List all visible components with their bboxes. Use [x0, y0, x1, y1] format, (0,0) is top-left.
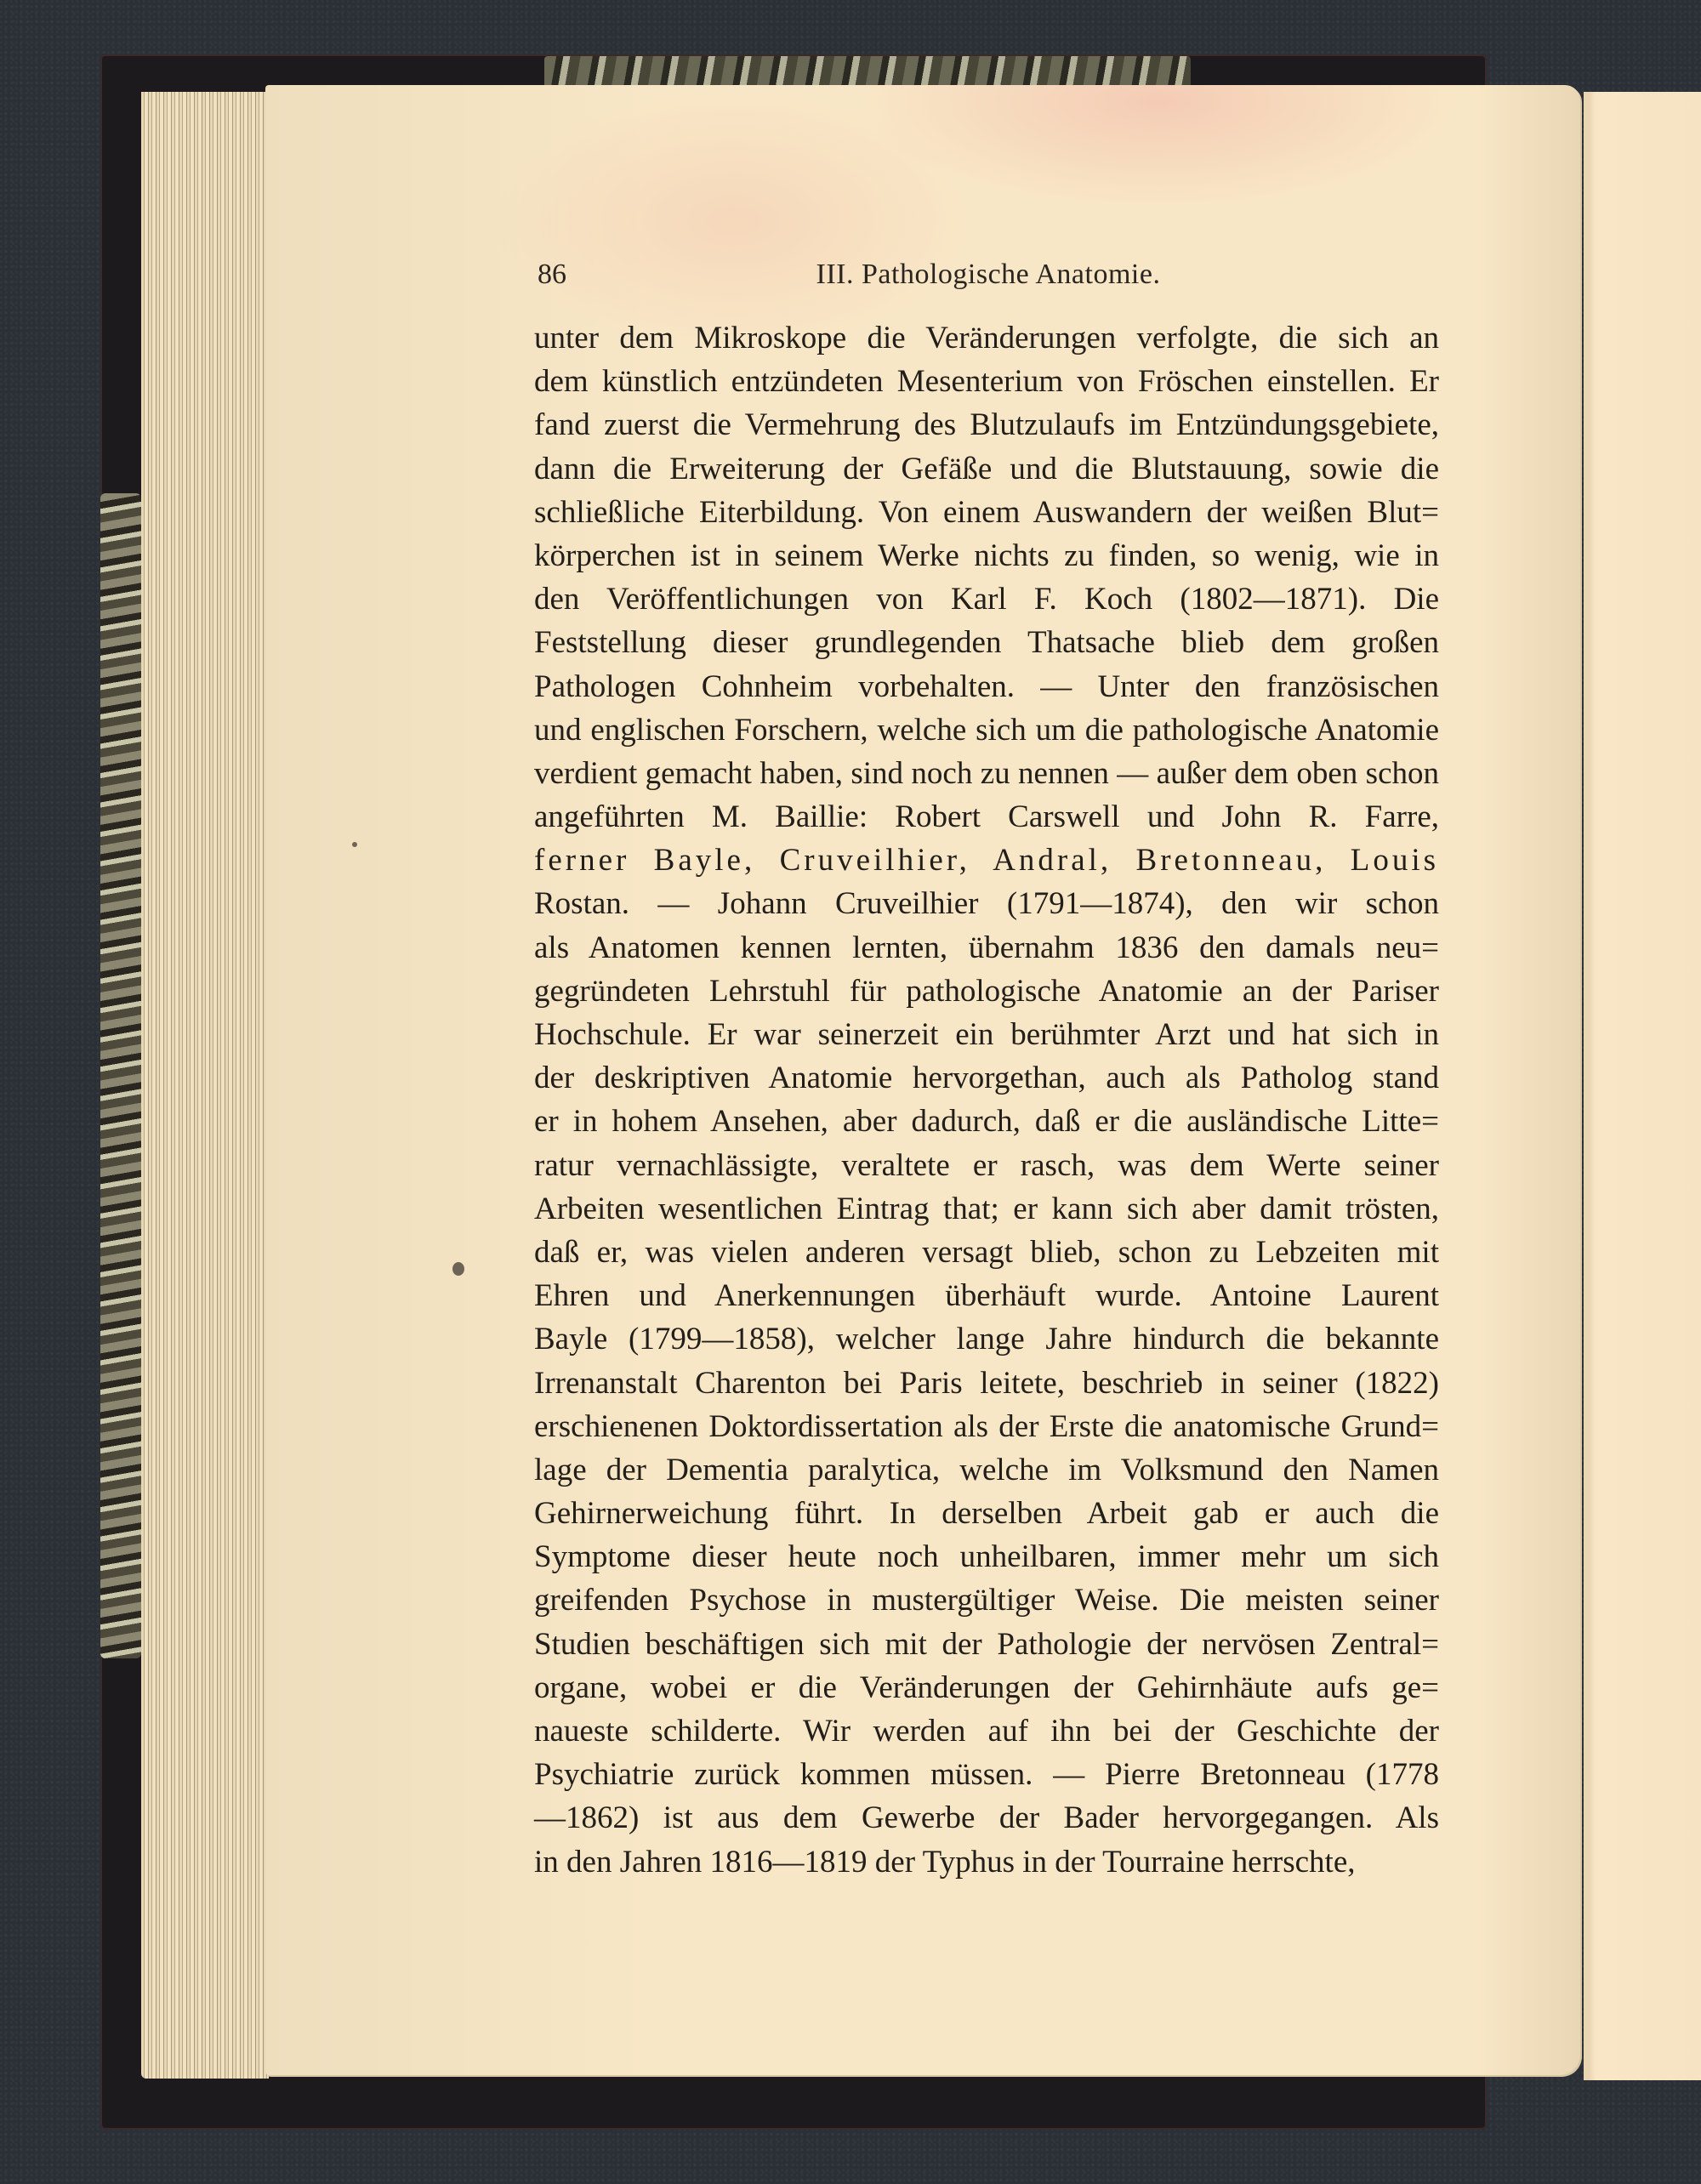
- text-line: dann die Erweiterung der Gefäße und die …: [534, 447, 1439, 491]
- chapter-title: III. Pathologische Anatomie.: [538, 259, 1439, 291]
- text-line: —1862) ist aus dem Gewerbe der Bader her…: [534, 1796, 1439, 1840]
- text-line: gegründeten Lehrstuhl für pathologische …: [534, 970, 1439, 1013]
- text-line: fand zuerst die Vermehrung des Blutzulau…: [534, 403, 1439, 446]
- text-line: und englischen Forschern, welche sich um…: [534, 708, 1439, 752]
- page-stack-edges: [141, 92, 269, 2079]
- text-line: Pathologen Cohnheim vorbehalten. — Unter…: [534, 665, 1439, 708]
- paper-speck: [352, 842, 357, 847]
- text-line: organe, wobei er die Veränderungen der G…: [534, 1666, 1439, 1709]
- text-line: Gehirnerweichung führt. In derselben Arb…: [534, 1492, 1439, 1535]
- running-head: 86 III. Pathologische Anatomie.: [538, 253, 1439, 296]
- text-line: ferner Bayle, Cruveilhier, Andral, Breto…: [534, 839, 1439, 882]
- text-line: Ehren und Anerkennungen überhäuft wurde.…: [534, 1274, 1439, 1317]
- text-line: Rostan. — Johann Cruveilhier (1791—1874)…: [534, 882, 1439, 925]
- text-line: unter dem Mikroskope die Veränderungen v…: [534, 316, 1439, 360]
- text-line: ratur vernachlässigte, veraltete er rasc…: [534, 1144, 1439, 1187]
- text-line: Psychiatrie zurück kommen müssen. — Pier…: [534, 1753, 1439, 1796]
- text-line: Bayle (1799—1858), welcher lange Jahre h…: [534, 1317, 1439, 1361]
- text-line: er in hohem Ansehen, aber dadurch, daß e…: [534, 1100, 1439, 1143]
- text-line: Arbeiten wesentlichen Eintrag that; er k…: [534, 1187, 1439, 1231]
- text-line: schließliche Eiterbildung. Von einem Aus…: [534, 491, 1439, 534]
- text-line: angeführten M. Baillie: Robert Carswell …: [534, 795, 1439, 839]
- text-line: in den Jahren 1816—1819 der Typhus in de…: [534, 1840, 1439, 1884]
- text-line: erschienenen Doktordissertation als der …: [534, 1405, 1439, 1448]
- text-line: verdient gemacht haben, sind noch zu nen…: [534, 752, 1439, 795]
- text-line: daß er, was vielen anderen versagt blieb…: [534, 1231, 1439, 1274]
- facing-page-edge: [1584, 92, 1701, 2080]
- text-line: dem künstlich entzündeten Mesenterium vo…: [534, 360, 1439, 403]
- text-line: der deskriptiven Anatomie hervorgethan, …: [534, 1056, 1439, 1100]
- text-line: Hochschule. Er war seinerzeit ein berühm…: [534, 1013, 1439, 1056]
- text-line: Feststellung dieser grundlegenden Thatsa…: [534, 621, 1439, 664]
- text-line: naueste schilderte. Wir werden auf ihn b…: [534, 1709, 1439, 1753]
- text-line: Studien beschäftigen sich mit der Pathol…: [534, 1623, 1439, 1666]
- text-line: Symptome dieser heute noch unheilbaren, …: [534, 1535, 1439, 1578]
- text-line: körperchen ist in seinem Werke nichts zu…: [534, 534, 1439, 577]
- text-line: den Veröffentlichungen von Karl F. Koch …: [534, 577, 1439, 621]
- text-line: Irrenanstalt Charenton bei Paris leitete…: [534, 1362, 1439, 1405]
- body-text: unter dem Mikroskope die Veränderungen v…: [534, 316, 1439, 1884]
- paper-speck: [452, 1262, 464, 1276]
- text-line: greifenden Psychose in mustergültiger We…: [534, 1578, 1439, 1622]
- book-marbled-edge: [100, 493, 141, 1658]
- text-line: lage der Dementia paralytica, welche im …: [534, 1448, 1439, 1492]
- text-line: als Anatomen kennen lernten, übernahm 18…: [534, 926, 1439, 970]
